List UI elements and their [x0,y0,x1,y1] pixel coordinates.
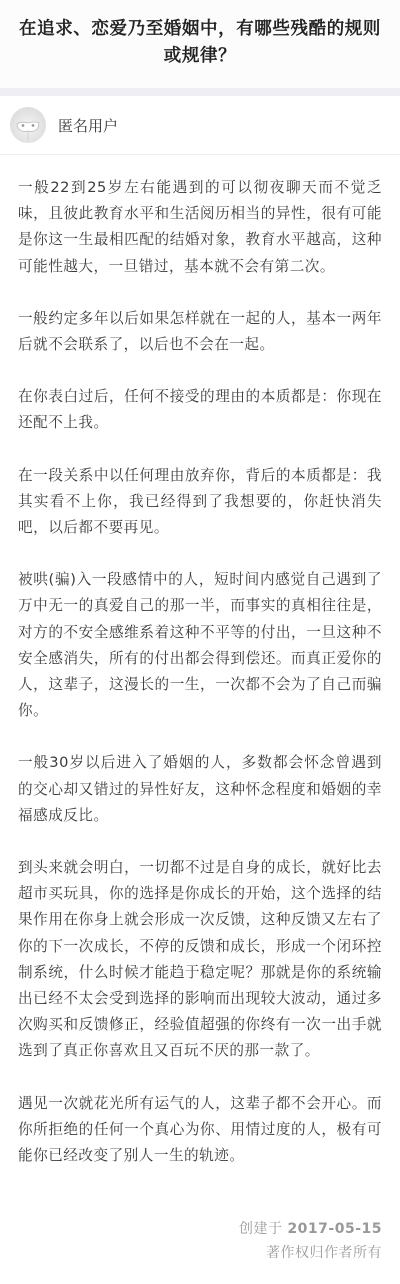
answer-paragraph: 被哄(骗)入一段感情中的人，短时间内感觉自己遇到了万中无一的真爱自己的那一半，而… [18,567,382,724]
answer-paragraph: 在你表白过后，任何不接受的理由的本质都是：你现在还配不上我。 [18,384,382,436]
answer-footer: 创建于 2017-05-15 著作权归作者所有 [0,1195,400,1265]
question-title[interactable]: 在追求、恋爱乃至婚姻中，有哪些残酷的规则或规律？ [14,16,386,70]
answer-paragraph: 遇见一次就花光所有运气的人，这辈子都不会开心。而你所拒绝的任何一个真心为你、用情… [18,1091,382,1170]
anonymous-avatar-icon[interactable] [10,107,46,143]
answer-paragraph: 到头来就会明白，一切都不过是自身的成长，就好比去超市买玩具，你的选择是你成长的开… [18,855,382,1065]
answer-paragraph: 一般约定多年以后如果怎样就在一起的人，基本一两年后就不会联系了，以后也不会在一起… [18,306,382,358]
answer-paragraph: 一般30岁以后进入了婚姻的人，多数都会怀念曾遇到的交心却又错过的异性好友，这种怀… [18,750,382,829]
created-date: 2017-05-15 [287,1221,382,1237]
section-separator [0,88,400,96]
copyright-notice: 著作权归作者所有 [18,1241,382,1265]
author-row[interactable]: 匿名用户 [0,96,400,155]
answer-paragraph: 在一段关系中以任何理由放弃你，背后的本质都是：我其实看不上你，我已经得到了我想要… [18,463,382,542]
created-date-line: 创建于 2017-05-15 [18,1217,382,1241]
answer-page: 在追求、恋爱乃至婚姻中，有哪些残酷的规则或规律？ 匿名用户 一般22到25岁左右… [0,0,400,1265]
answer-body: 一般22到25岁左右能遇到的可以彻夜聊天而不觉乏味，且彼此教育水平和生活阅历相当… [0,155,400,1169]
author-name[interactable]: 匿名用户 [58,115,118,136]
question-header: 在追求、恋爱乃至婚姻中，有哪些残酷的规则或规律？ [0,0,400,88]
answer-paragraph: 一般22到25岁左右能遇到的可以彻夜聊天而不觉乏味，且彼此教育水平和生活阅历相当… [18,175,382,280]
mask-icon [10,107,46,143]
created-label: 创建于 [239,1221,283,1237]
